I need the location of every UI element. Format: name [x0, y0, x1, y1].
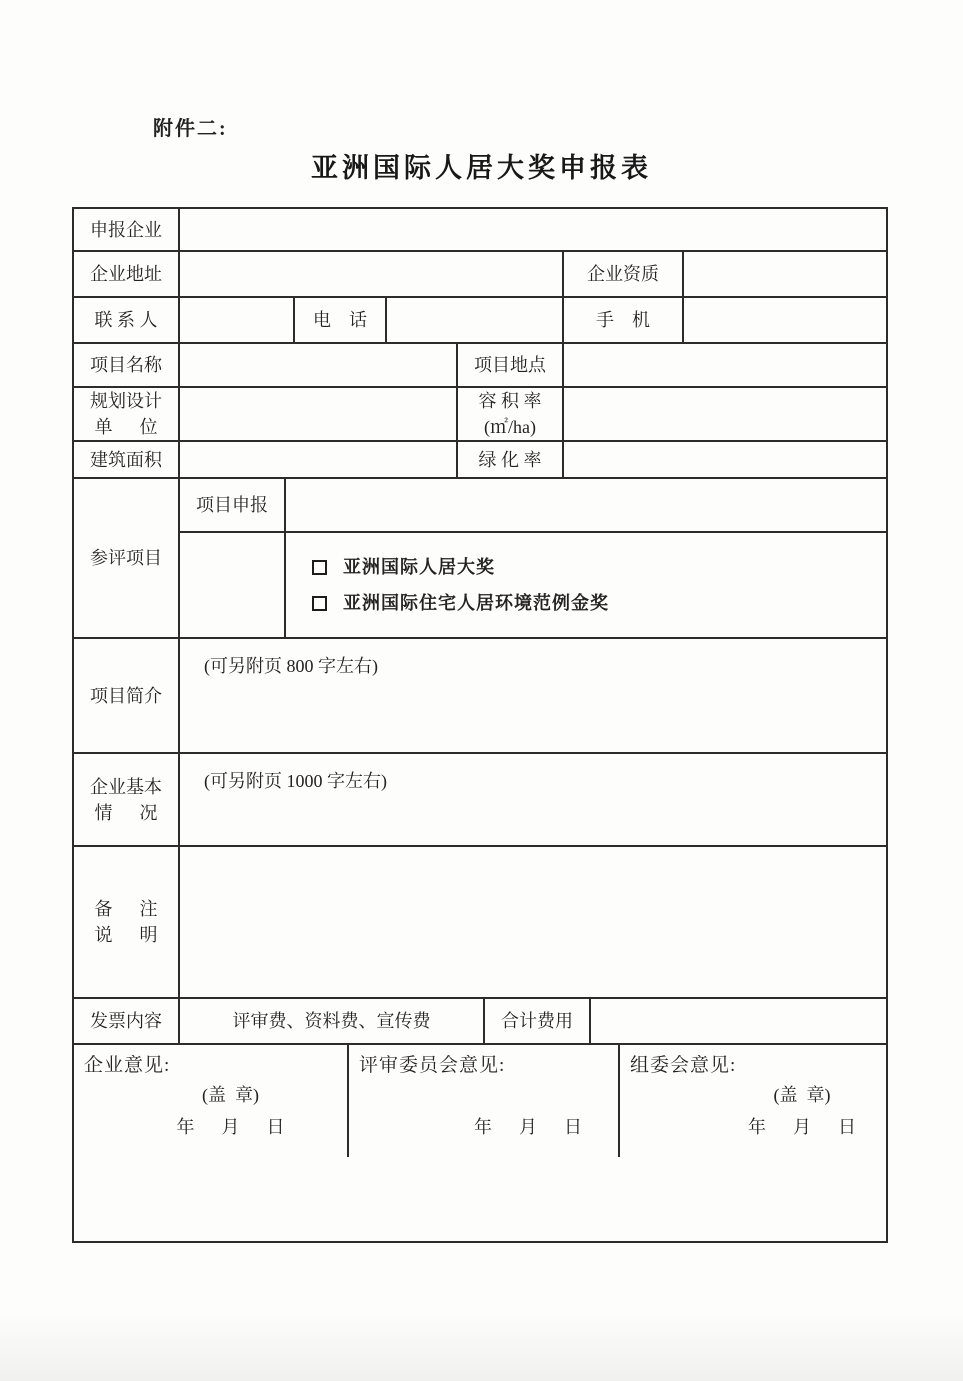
contact-person-field[interactable]: [180, 298, 295, 342]
application-form-table: 申报企业 企业地址 企业资质 联 系 人 电 话 手 机 项目名称 项目地点: [72, 207, 888, 1243]
award-options-spacer-cell: [180, 533, 286, 637]
total-fee-label: 合计费用: [485, 999, 591, 1043]
mobile-label: 手 机: [564, 298, 684, 342]
company-date-text: 年 月 日: [177, 1117, 285, 1137]
plot-ratio-label: 容 积 率 (㎡/ha): [458, 388, 564, 440]
company-seal-text: (盖 章): [202, 1085, 259, 1105]
company-qualification-field[interactable]: [684, 252, 886, 296]
organizing-date-text: 年 月 日: [748, 1117, 856, 1137]
award-options-cell: 亚洲国际人居大奖 亚洲国际住宅人居环境范例金奖: [286, 533, 886, 637]
company-profile-label: 企业基本 情 况: [74, 754, 180, 845]
project-intro-note: (可另附页 800 字左右): [204, 653, 378, 679]
invoice-content-value: 评审费、资料费、宣传费: [180, 999, 485, 1043]
row-invoice: 发票内容 评审费、资料费、宣传费 合计费用: [74, 999, 886, 1045]
project-application-label: 项目申报: [180, 479, 286, 531]
scanned-form-page: 附件二: 亚洲国际人居大奖申报表 申报企业 企业地址 企业资质 联 系 人 电 …: [0, 0, 963, 1381]
project-intro-label: 项目简介: [74, 639, 180, 752]
building-area-label: 建筑面积: [74, 442, 180, 477]
committee-opinion-label: 评审委员会意见:: [359, 1053, 608, 1079]
award-option-1: 亚洲国际人居大奖: [312, 554, 495, 580]
project-location-label: 项目地点: [458, 344, 564, 386]
participating-projects-subtable: 项目申报 亚洲国际人居大奖 亚洲国际住宅人居环境范例金奖: [180, 479, 886, 637]
phone-field[interactable]: [387, 298, 564, 342]
remarks-label: 备 注 说 明: [74, 847, 180, 997]
company-profile-field[interactable]: (可另附页 1000 字左右): [180, 754, 886, 845]
checkbox-residential-gold-award[interactable]: [312, 596, 327, 611]
row-remarks: 备 注 说 明: [74, 847, 886, 999]
project-location-field[interactable]: [564, 344, 886, 386]
subrow-project-application: 项目申报: [180, 479, 886, 533]
row-participating-projects: 参评项目 项目申报 亚洲国际人居大奖 亚洲国际住宅人: [74, 479, 886, 639]
attachment-label: 附件二:: [153, 112, 228, 141]
organizing-seal-text: (盖 章): [774, 1085, 831, 1105]
committee-opinion-cell[interactable]: 评审委员会意见: 年 月 日: [349, 1045, 620, 1157]
row-company-profile: 企业基本 情 况 (可另附页 1000 字左右): [74, 754, 886, 847]
row-applicant-company: 申报企业: [74, 209, 886, 252]
company-opinion-sign-block: (盖 章)年 月 日: [137, 1079, 285, 1143]
row-building-area: 建筑面积 绿 化 率: [74, 442, 886, 479]
phone-label: 电 话: [295, 298, 387, 342]
row-project-name: 项目名称 项目地点: [74, 344, 886, 388]
company-opinion-label: 企业意见:: [84, 1053, 337, 1079]
organizing-opinion-sign-block: (盖 章)年 月 日: [748, 1079, 876, 1143]
company-qualification-label: 企业资质: [564, 252, 684, 296]
award-option-2: 亚洲国际住宅人居环境范例金奖: [312, 590, 609, 616]
project-application-field[interactable]: [286, 479, 886, 531]
project-name-label: 项目名称: [74, 344, 180, 386]
award-option-1-label: 亚洲国际人居大奖: [343, 554, 495, 580]
greening-rate-label: 绿 化 率: [458, 442, 564, 477]
applicant-company-field[interactable]: [180, 209, 886, 250]
row-project-intro: 项目简介 (可另附页 800 字左右): [74, 639, 886, 754]
total-fee-field[interactable]: [591, 999, 886, 1043]
plot-ratio-field[interactable]: [564, 388, 886, 440]
row-company-address: 企业地址 企业资质: [74, 252, 886, 298]
checkbox-asia-habitat-award[interactable]: [312, 560, 327, 575]
participating-projects-label: 参评项目: [74, 479, 180, 637]
company-opinion-cell[interactable]: 企业意见: (盖 章)年 月 日: [74, 1045, 349, 1157]
remarks-field[interactable]: [180, 847, 886, 997]
building-area-field[interactable]: [180, 442, 458, 477]
company-address-field[interactable]: [180, 252, 564, 296]
organizing-opinion-label: 组委会意见:: [630, 1053, 876, 1079]
subrow-award-options: 亚洲国际人居大奖 亚洲国际住宅人居环境范例金奖: [180, 533, 886, 637]
project-name-field[interactable]: [180, 344, 458, 386]
invoice-content-label: 发票内容: [74, 999, 180, 1043]
mobile-field[interactable]: [684, 298, 886, 342]
award-option-2-label: 亚洲国际住宅人居环境范例金奖: [343, 590, 609, 616]
applicant-company-label: 申报企业: [74, 209, 180, 250]
contact-person-label: 联 系 人: [74, 298, 180, 342]
row-planning-unit: 规划设计 单 位 容 积 率 (㎡/ha): [74, 388, 886, 442]
company-profile-note: (可另附页 1000 字左右): [204, 768, 387, 794]
committee-date-text: 年 月 日: [474, 1111, 608, 1143]
project-intro-field[interactable]: (可另附页 800 字左右): [180, 639, 886, 752]
organizing-opinion-cell[interactable]: 组委会意见: (盖 章)年 月 日: [620, 1045, 886, 1157]
planning-design-unit-label: 规划设计 单 位: [74, 388, 180, 440]
row-opinions: 企业意见: (盖 章)年 月 日 评审委员会意见: 年 月 日 组委会意见: (…: [74, 1045, 886, 1157]
form-title: 亚洲国际人居大奖申报表: [0, 146, 963, 185]
company-address-label: 企业地址: [74, 252, 180, 296]
planning-design-unit-field[interactable]: [180, 388, 458, 440]
row-contact: 联 系 人 电 话 手 机: [74, 298, 886, 344]
greening-rate-field[interactable]: [564, 442, 886, 477]
